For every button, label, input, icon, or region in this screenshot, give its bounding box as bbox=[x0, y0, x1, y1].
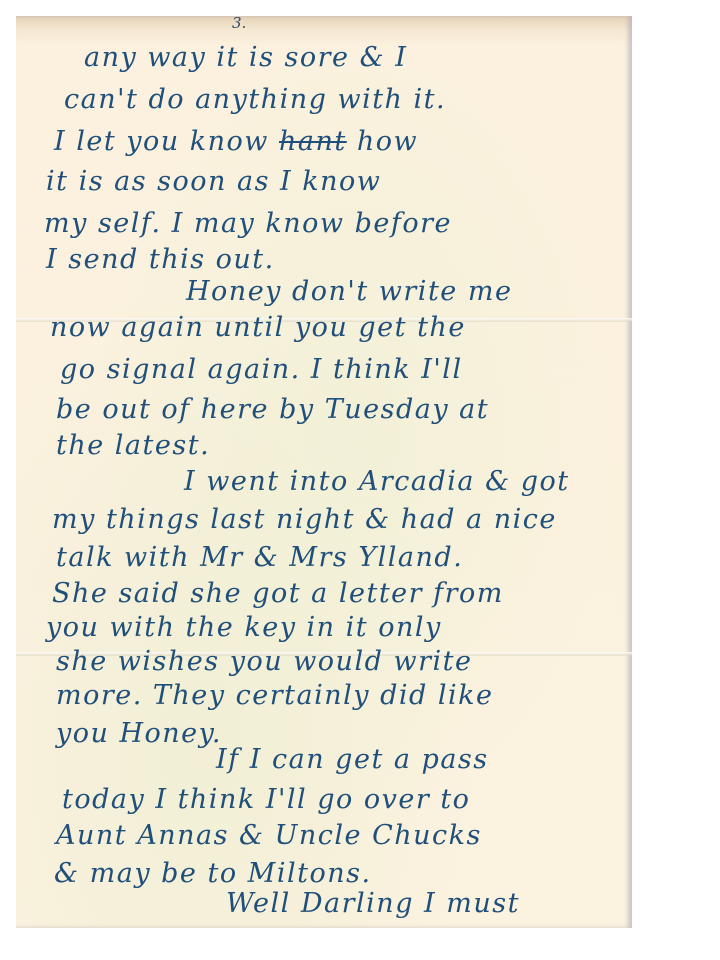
letter-line: my things last night & had a nice bbox=[52, 504, 557, 535]
letter-line: If I can get a pass bbox=[216, 744, 489, 775]
page-number: 3. bbox=[232, 14, 246, 32]
letter-line: talk with Mr & Mrs Ylland. bbox=[56, 542, 463, 573]
letter-line: now again until you get the bbox=[50, 312, 466, 343]
letter-page: 3. any way it is sore & I can't do anyth… bbox=[16, 16, 632, 928]
letter-line: & may be to Miltons. bbox=[54, 858, 372, 889]
letter-line: be out of here by Tuesday at bbox=[56, 394, 489, 425]
letter-line: Aunt Annas & Uncle Chucks bbox=[56, 820, 482, 851]
letter-line: I went into Arcadia & got bbox=[184, 466, 570, 497]
letter-line: you Honey. bbox=[56, 718, 222, 749]
letter-line: can't do anything with it. bbox=[64, 84, 446, 115]
letter-line: She said she got a letter from bbox=[52, 578, 504, 609]
letter-line: the latest. bbox=[56, 430, 210, 461]
letter-line-text: how bbox=[357, 126, 418, 157]
letter-line: it is as soon as I know bbox=[46, 166, 381, 197]
letter-line: Honey don't write me bbox=[186, 276, 512, 307]
letter-line: Well Darling I must bbox=[226, 888, 520, 919]
letter-line: she wishes you would write bbox=[56, 646, 472, 677]
letter-line: you with the key in it only bbox=[46, 612, 442, 643]
struck-word: hant bbox=[279, 126, 347, 157]
letter-line-text: I let you know bbox=[54, 126, 269, 157]
letter-line: my self. I may know before bbox=[44, 208, 452, 239]
letter-line: today I think I'll go over to bbox=[62, 784, 470, 815]
letter-line: I let you know hant how bbox=[54, 126, 418, 157]
letter-line: more. They certainly did like bbox=[56, 680, 493, 711]
letter-line: I send this out. bbox=[46, 244, 275, 275]
letter-line: any way it is sore & I bbox=[84, 42, 407, 73]
letter-line: go signal again. I think I'll bbox=[60, 354, 463, 385]
